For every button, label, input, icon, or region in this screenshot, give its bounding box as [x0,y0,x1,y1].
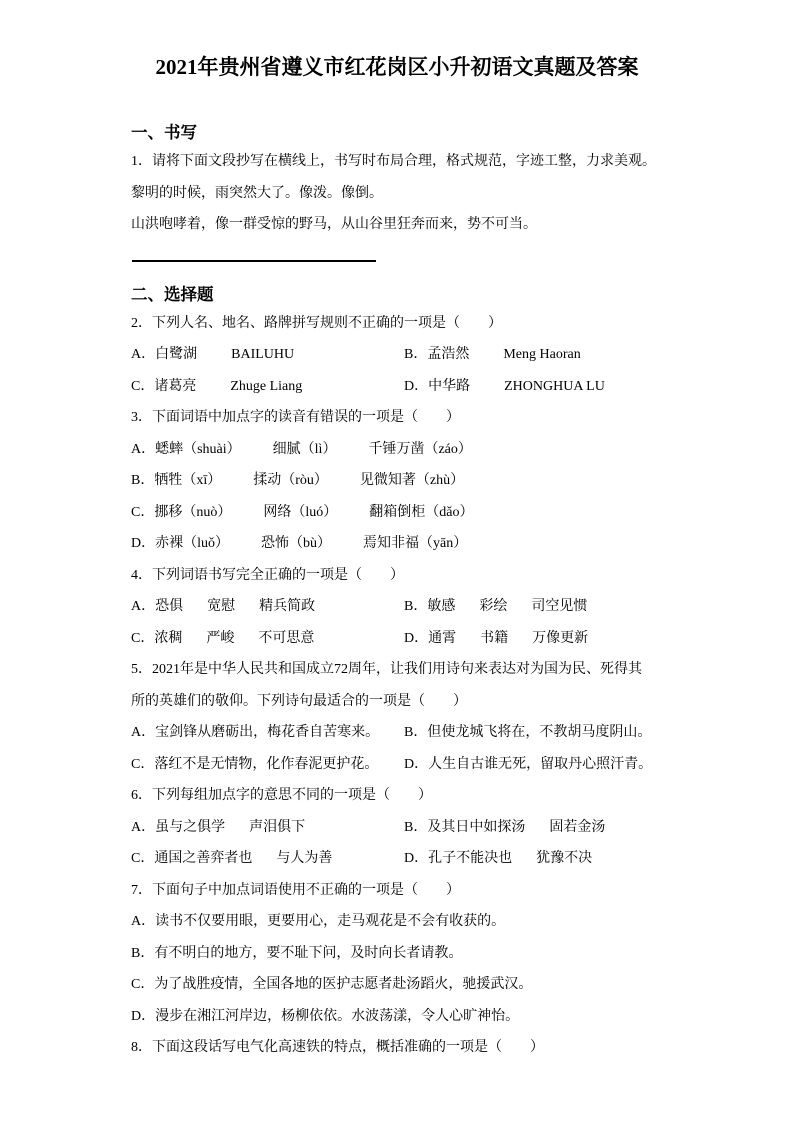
q6-option-d-phrase2: 犹豫不决 [536,843,592,875]
q3-option-a: A．蟋蟀（shuài） 细腻（lì） 千锤万凿（záo） [131,434,663,466]
answer-blank-line [132,260,376,262]
q7-stem: 7．下面句子中加点词语使用不正确的一项是（ ） [131,875,663,907]
q4-stem: 4．下列词语书写完全正确的一项是（ ） [131,560,663,592]
q6-option-c: C．通国之善弈者也 与人为善 [131,843,404,875]
q6-option-c-phrase2: 与人为善 [276,843,332,875]
q6-options-row-2: C．通国之善弈者也 与人为善 D．孔子不能决也 犹豫不决 [131,843,663,875]
q6-option-a-phrase1: A．虽与之俱学 [131,812,225,844]
q5-options-row-1: A．宝剑锋从磨砺出，梅花香自苦寒来。 B．但使龙城飞将在，不教胡马度阴山。 [131,717,663,749]
q4-option-b-word3: 司空见惯 [531,591,587,623]
q2-options-row-1: A．白鹭湖 BAILUHU B．孟浩然 Meng Haoran [131,339,663,371]
q3-option-c-word1: C．挪移（nuò） [131,497,231,529]
q2-option-d: D．中华路 ZHONGHUA LU [404,371,663,403]
q3-option-a-word1: A．蟋蟀（shuài） [131,434,241,466]
q3-option-b-word2: 揉动（ròu） [253,465,328,497]
q2-option-a-chinese: A．白鹭湖 [131,339,197,371]
q3-option-c: C．挪移（nuò） 网络（luó） 翻箱倒柜（dǎo） [131,497,663,529]
q4-option-d-word3: 万像更新 [532,623,588,655]
section1-heading: 一、书写 [131,120,663,146]
q3-option-c-word3: 翻箱倒柜（dǎo） [369,497,473,529]
q4-options-row-1: A．恐俱 宽慰 精兵简政 B．敏感 彩绘 司空见惯 [131,591,663,623]
q5-stem-line2: 所的英雄们的敬仰。下列诗句最适合的一项是（ ） [131,686,663,718]
q6-stem: 6．下列每组加点字的意思不同的一项是（ ） [131,780,663,812]
q6-option-a: A．虽与之俱学 声泪俱下 [131,812,404,844]
q2-option-d-chinese: D．中华路 [404,371,470,403]
q5-option-d: D．人生自古谁无死，留取丹心照汗青。 [404,749,663,781]
q3-option-b-word1: B．牺牲（xī） [131,465,221,497]
q3-option-d: D．赤裸（luǒ） 恐怖（bù） 焉知非福（yān） [131,528,663,560]
q8-stem: 8．下面这段话写电气化高速铁的特点，概括准确的一项是（ ） [131,1032,663,1064]
q7-option-b: B．有不明白的地方，要不耻下问，及时向长者请教。 [131,938,663,970]
section-multiple-choice: 二、选择题 2．下列人名、地名、路牌拼写规则不正确的一项是（ ） A．白鹭湖 B… [131,282,663,1064]
q4-option-a: A．恐俱 宽慰 精兵简政 [131,591,404,623]
q3-stem: 3．下面词语中加点字的读音有错误的一项是（ ） [131,402,663,434]
q2-option-c: C．诸葛亮 Zhuge Liang [131,371,404,403]
q3-option-a-word2: 细腻（lì） [273,434,337,466]
q3-option-b: B．牺牲（xī） 揉动（ròu） 见微知著（zhù） [131,465,663,497]
q6-options-row-1: A．虽与之俱学 声泪俱下 B．及其日中如探汤 固若金汤 [131,812,663,844]
q4-options-row-2: C．浓稠 严峻 不可思意 D．通霄 书籍 万像更新 [131,623,663,655]
document-title: 2021年贵州省遵义市红花岗区小升初语文真题及答案 [131,52,663,82]
q3-option-c-word2: 网络（luó） [263,497,337,529]
q4-option-b: B．敏感 彩绘 司空见惯 [404,591,663,623]
q3-option-a-word3: 千锤万凿（záo） [368,434,471,466]
q2-option-c-chinese: C．诸葛亮 [131,371,196,403]
q6-option-b: B．及其日中如探汤 固若金汤 [404,812,663,844]
exam-document-page: 2021年贵州省遵义市红花岗区小升初语文真题及答案 一、书写 1．请将下面文段抄… [0,0,794,1123]
q4-option-c: C．浓稠 严峻 不可思意 [131,623,404,655]
q4-option-c-word2: 严峻 [206,623,234,655]
q6-option-c-phrase1: C．通国之善弈者也 [131,843,252,875]
q3-option-d-word3: 焉知非福（yān） [363,528,467,560]
q5-option-a: A．宝剑锋从磨砺出，梅花香自苦寒来。 [131,717,404,749]
q2-option-b: B．孟浩然 Meng Haoran [404,339,663,371]
q4-option-c-word1: C．浓稠 [131,623,182,655]
q5-option-c: C．落红不是无情物，化作春泥更护花。 [131,749,404,781]
q4-option-a-word3: 精兵简政 [259,591,315,623]
q2-option-c-pinyin: Zhuge Liang [230,371,302,403]
q2-option-b-pinyin: Meng Haoran [503,339,580,371]
q2-option-a-pinyin: BAILUHU [231,339,294,371]
q4-option-d-word2: 书籍 [480,623,508,655]
q2-option-d-pinyin: ZHONGHUA LU [504,371,605,403]
q4-option-a-word2: 宽慰 [207,591,235,623]
q6-option-d: D．孔子不能决也 犹豫不决 [404,843,663,875]
q4-option-b-word2: 彩绘 [479,591,507,623]
q6-option-b-phrase1: B．及其日中如探汤 [404,812,525,844]
section2-heading: 二、选择题 [131,282,663,308]
q3-option-d-word1: D．赤裸（luǒ） [131,528,229,560]
q2-stem: 2．下列人名、地名、路牌拼写规则不正确的一项是（ ） [131,308,663,340]
q5-options-row-2: C．落红不是无情物，化作春泥更护花。 D．人生自古谁无死，留取丹心照汗青。 [131,749,663,781]
q7-option-c: C．为了战胜疫情，全国各地的医护志愿者赴汤蹈火，驰援武汉。 [131,969,663,1001]
q1-stem: 1．请将下面文段抄写在横线上，书写时布局合理，格式规范，字迹工整，力求美观。 [131,146,663,178]
q4-option-b-word1: B．敏感 [404,591,455,623]
q4-option-c-word3: 不可思意 [258,623,314,655]
section-handwriting: 一、书写 1．请将下面文段抄写在横线上，书写时布局合理，格式规范，字迹工整，力求… [131,120,663,262]
q3-option-d-word2: 恐怖（bù） [261,528,331,560]
q5-stem-line1: 5．2021年是中华人民共和国成立72周年，让我们用诗句来表达对为国为民、死得其 [131,654,663,686]
q2-option-b-chinese: B．孟浩然 [404,339,469,371]
q4-option-d: D．通霄 书籍 万像更新 [404,623,663,655]
q1-passage-line1: 黎明的时候，雨突然大了。像泼。像倒。 [131,178,663,210]
q7-option-a: A．读书不仅要用眼，更要用心，走马观花是不会有收获的。 [131,906,663,938]
q3-option-b-word3: 见微知著（zhù） [360,465,464,497]
q6-option-b-phrase2: 固若金汤 [549,812,605,844]
q7-option-d: D．漫步在湘江河岸边，杨柳依依。水波荡漾，令人心旷神怡。 [131,1001,663,1033]
q6-option-a-phrase2: 声泪俱下 [249,812,305,844]
q4-option-a-word1: A．恐俱 [131,591,183,623]
q6-option-d-phrase1: D．孔子不能决也 [404,843,512,875]
q1-passage-line2: 山洪咆哮着，像一群受惊的野马，从山谷里狂奔而来，势不可当。 [131,209,663,241]
q2-option-a: A．白鹭湖 BAILUHU [131,339,404,371]
q4-option-d-word1: D．通霄 [404,623,456,655]
q5-option-b: B．但使龙城飞将在，不教胡马度阴山。 [404,717,663,749]
q2-options-row-2: C．诸葛亮 Zhuge Liang D．中华路 ZHONGHUA LU [131,371,663,403]
